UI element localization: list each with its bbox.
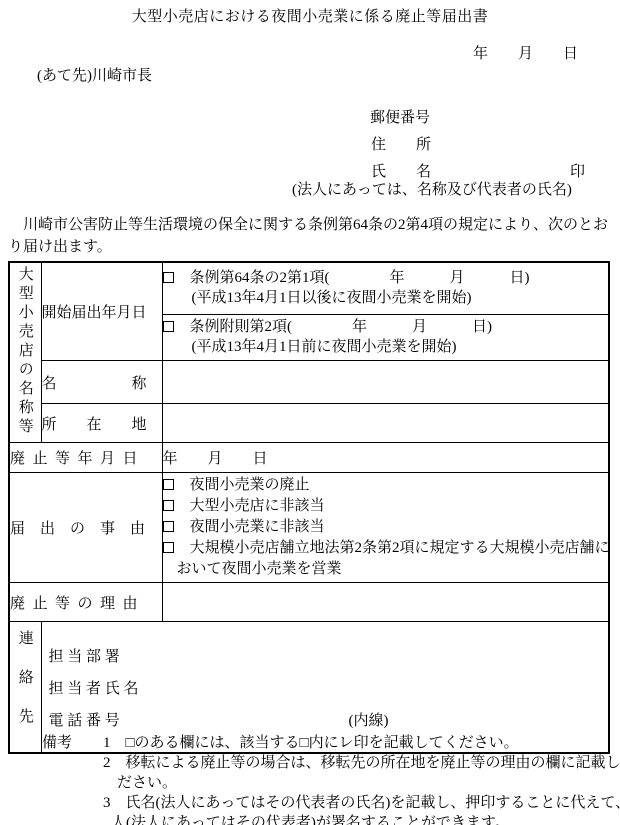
intro-paragraph: 川崎市公害防止等生活環境の保全に関する条例第64条の2第4項の規定により、次のと… (8, 214, 612, 258)
contact-department-row[interactable]: 担 当 部 署 (49, 645, 609, 666)
note-line: 人(法人にあってはその代表者)が署名することができます。 (111, 813, 620, 825)
store-group-vertical-label: 大型小売店の名称等 (15, 266, 36, 437)
option-text: 条例第64条の2第1項( 年 月 日) (190, 270, 530, 286)
checkbox-icon[interactable] (163, 272, 174, 283)
name-row-value[interactable] (162, 361, 609, 404)
start-date-label: 開始届出年月日 (41, 262, 162, 361)
reason-option-2: 大型小売店に非該当 (163, 496, 609, 517)
option-text: 条例附則第2項( 年 月 日) (190, 319, 493, 335)
contact-department-label: 担 当 部 署 (49, 649, 120, 665)
note-line: ださい。 (117, 773, 620, 793)
checkbox-icon[interactable] (163, 479, 174, 490)
extension-label: (内線) (349, 709, 389, 730)
contact-phone-row[interactable]: 電 話 番 号(内線) (49, 709, 609, 730)
notes-label: 備考 (42, 733, 72, 753)
reason-label: 届 出 の 事 由 (9, 473, 162, 583)
reason-option-3: 夜間小売業に非該当 (163, 517, 609, 538)
abolition-reason-label: 廃 止 等 の 理 由 (9, 583, 162, 622)
contact-vertical-label: 連絡先 (15, 630, 36, 747)
page-title: 大型小売店における夜間小売業に係る廃止等届出書 (0, 5, 620, 26)
checkbox-icon[interactable] (163, 542, 174, 553)
option-subtext: (平成13年4月1日以後に夜間小売業を開始) (192, 288, 609, 308)
postal-code-label: 郵便番号 (370, 106, 430, 127)
contact-phone-label: 電 話 番 号 (49, 713, 120, 729)
note-line: 2 移転による廃止等の場合は、移転先の所在地を廃止等の理由の欄に記載してく (103, 753, 620, 773)
reason-option-4: 大規模小売店舗立地法第2条第2項に規定する大規模小売店舗に (163, 538, 609, 559)
seal-label: 印 (570, 160, 585, 181)
checkbox-icon[interactable] (163, 321, 174, 332)
start-date-option-2-cell: 条例附則第2項( 年 月 日) (平成13年4月1日前に夜間小売業を開始) (162, 314, 609, 361)
notification-form-page: 大型小売店における夜間小売業に係る廃止等届出書 年 月 日 (あて先)川崎市長 … (0, 0, 620, 825)
addressee-line: (あて先)川崎市長 (37, 64, 152, 85)
contact-person-label: 担 当 者 氏 名 (49, 681, 139, 697)
address-label: 住 所 (371, 133, 431, 154)
option-text: 夜間小売業に非該当 (190, 519, 325, 535)
option-text: 夜間小売業の廃止 (190, 477, 310, 493)
reason-option-1: 夜間小売業の廃止 (163, 475, 609, 496)
checkbox-icon[interactable] (163, 521, 174, 532)
name-row-label: 名 称 (41, 361, 162, 404)
start-date-option-1-cell: 条例第64条の2第1項( 年 月 日) (平成13年4月1日以後に夜間小売業を開… (162, 262, 609, 314)
abolition-date-value[interactable]: 年 月 日 (162, 443, 609, 473)
date-line: 年 月 日 (473, 42, 578, 63)
abolition-date-label: 廃 止 等 年 月 日 (9, 443, 162, 473)
location-row-value[interactable] (162, 404, 609, 443)
abolition-reason-value[interactable] (162, 583, 609, 622)
reason-option-4-continuation: おいて夜間小売業を営業 (177, 559, 609, 580)
reason-options-cell: 夜間小売業の廃止 大型小売店に非該当 夜間小売業に非該当 大規模小売店舗立地法第… (162, 473, 609, 583)
option-subtext: (平成13年4月1日前に夜間小売業を開始) (192, 337, 609, 357)
notification-table: 大型小売店の名称等 開始届出年月日 条例第64条の2第1項( 年 月 日) (平… (8, 261, 610, 754)
location-row-label: 所 在 地 (41, 404, 162, 443)
option-text: 大型小売店に非該当 (190, 498, 325, 514)
corporate-note: (法人にあっては、名称及び代表者の氏名) (292, 178, 572, 199)
start-date-option-2: 条例附則第2項( 年 月 日) (163, 317, 609, 337)
store-group-cell: 大型小売店の名称等 (9, 262, 41, 443)
contact-person-row[interactable]: 担 当 者 氏 名 (49, 677, 609, 698)
start-date-option-1: 条例第64条の2第1項( 年 月 日) (163, 268, 609, 288)
option-text: 大規模小売店舗立地法第2条第2項に規定する大規模小売店舗に (190, 540, 610, 556)
notes-section: 備考 1 □のある欄には、該当する□内にレ印を記載してください。 2 移転による… (0, 733, 620, 825)
note-line: 3 氏名(法人にあってはその代表者の氏名)を記載し、押印することに代えて、本 (103, 793, 620, 813)
note-line: 1 □のある欄には、該当する□内にレ印を記載してください。 (103, 733, 620, 753)
checkbox-icon[interactable] (163, 500, 174, 511)
